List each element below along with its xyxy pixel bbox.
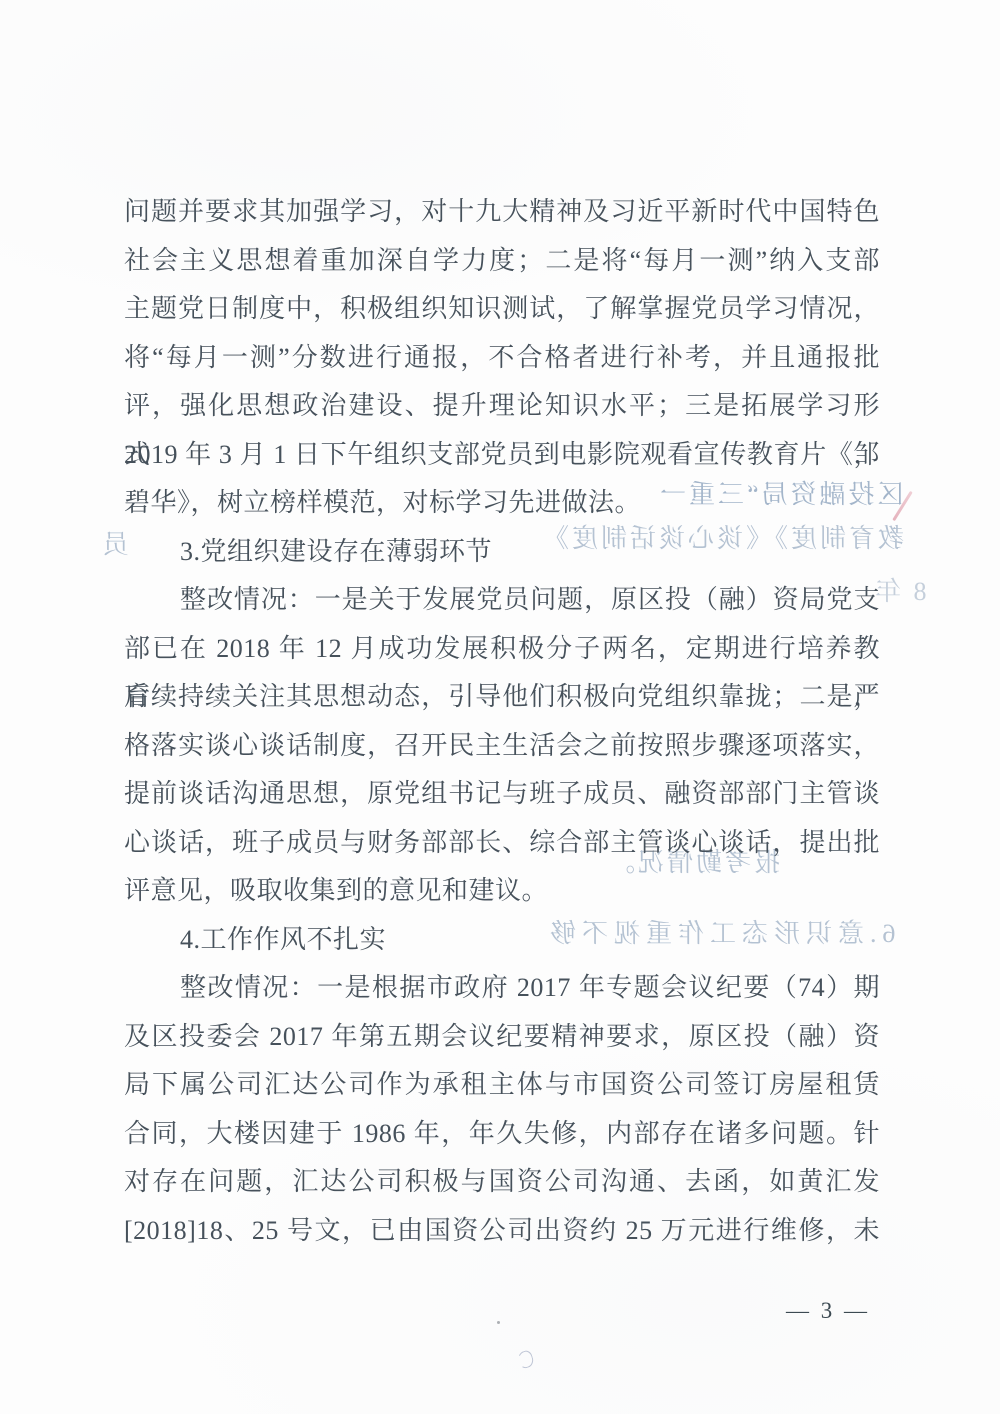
body-line: 及区投委会 2017 年第五期会议纪要精神要求，原区投（融）资 (124, 1013, 880, 1062)
body-line: 整改情况：一是关于发展党员问题，原区投（融）资局党支 (124, 576, 880, 625)
body-line: 评，强化思想政治建设、提升理论知识水平；三是拓展学习形式， (124, 382, 880, 431)
body-line: 主题党日制度中，积极组织知识测试，了解掌握党员学习情况， (124, 285, 880, 334)
body-line: 对存在问题，汇达公司积极与国资公司沟通、去函，如黄汇发 (124, 1158, 880, 1207)
body-line: 提前谈话沟通思想，原党组书记与班子成员、融资部部门主管谈 (124, 770, 880, 819)
body-line: 局下属公司汇达公司作为承租主体与市国资公司签订房屋租赁 (124, 1061, 880, 1110)
body-line: 碧华》，树立榜样模范，对标学习先进做法。 (124, 479, 880, 528)
body-line: 整改情况：一是根据市政府 2017 年专题会议纪要（74）期 (124, 964, 880, 1013)
body-line: 2019 年 3 月 1 日下午组织支部党员到电影院观看宣传教育片《邹 (124, 431, 880, 480)
body-line: 后续持续关注其思想动态，引导他们积极向党组织靠拢；二是严 (124, 673, 880, 722)
body-line: 合同，大楼因建于 1986 年，年久失修，内部存在诸多问题。针 (124, 1110, 880, 1159)
dust-speck (497, 1321, 500, 1324)
body-line: [2018]18、25 号文，已由国资公司出资约 25 万元进行维修，未 (124, 1207, 880, 1256)
scanned-document-page: 区投融资局“三重一 教育制度》《谈心谈话制度》 员 报考勤情况。 6.意识形态工… (0, 0, 1000, 1414)
bleed-through-fragment: 8 年 (872, 575, 927, 609)
body-line: 评意见，吸取收集到的意见和建议。 (124, 867, 880, 916)
section-heading: 3.党组织建设存在薄弱环节 (124, 528, 880, 577)
body-line: 部已在 2018 年 12 月成功发展积极分子两名，定期进行培养教育， (124, 625, 880, 674)
body-line: 问题并要求其加强学习，对十九大精神及习近平新时代中国特色 (124, 188, 880, 237)
body-line: 将“每月一测”分数进行通报，不合格者进行补考，并且通报批 (124, 334, 880, 383)
page-number: — 3 — (786, 1298, 870, 1324)
body-line: 社会主义思想着重加深自学力度；二是将“每月一测”纳入支部 (124, 237, 880, 286)
section-heading: 4.工作作风不扎实 (124, 916, 880, 965)
document-body: 问题并要求其加强学习，对十九大精神及习近平新时代中国特色 社会主义思想着重加深自… (124, 188, 880, 1255)
body-line: 心谈话，班子成员与财务部部长、综合部主管谈心谈话，提出批 (124, 819, 880, 868)
body-line: 格落实谈心谈话制度，召开民主生活会之前按照步骤逐项落实， (124, 722, 880, 771)
